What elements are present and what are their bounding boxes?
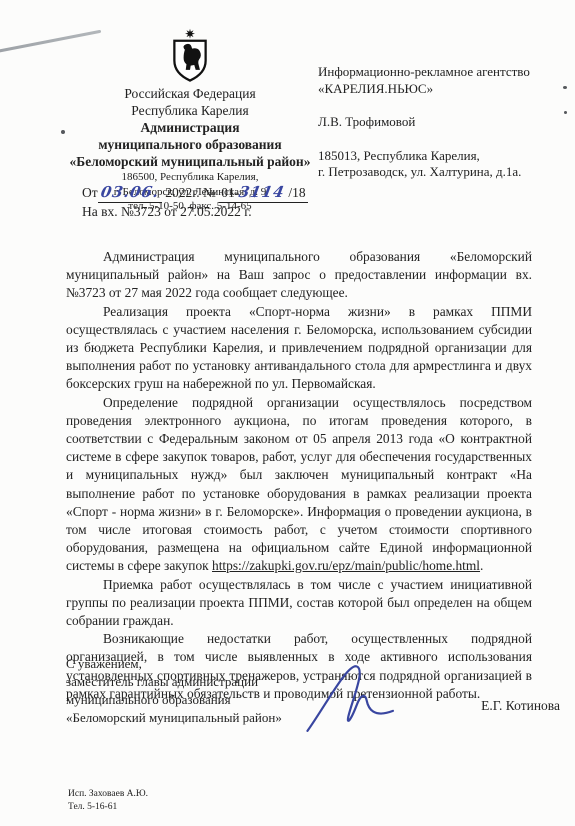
handwritten-date-field: 03.06. [98, 183, 162, 203]
letterhead-region: Республика Карелия [48, 102, 332, 119]
scan-speck [563, 86, 567, 89]
body-paragraph-4: Приемка работ осуществлялась в том числе… [66, 576, 532, 631]
spacer [318, 131, 558, 148]
outgoing-number-field: 01-3114 /18 [219, 183, 307, 203]
letter-body: Администрация муниципального образования… [66, 248, 532, 703]
letterhead-country: Российская Федерация [48, 85, 332, 102]
handwritten-signature-icon [302, 658, 402, 742]
recipient-agency-2: «КАРЕЛИЯ.НЬЮС» [318, 81, 558, 98]
spacer [318, 97, 558, 114]
footer-block: Исп. Заховаев А.Ю. Тел. 5-16-61 [68, 788, 148, 814]
from-label: От [82, 185, 98, 200]
closing-line-2: заместитель главы администрации [66, 673, 326, 691]
body-paragraph-2: Реализация проекта «Спорт-норма жизни» в… [66, 303, 532, 394]
recipient-address-1: 185013, Республика Карелия, [318, 148, 558, 165]
closing-line-4: «Беломорский муниципальный район» [66, 709, 326, 727]
recipient-address-2: г. Петрозаводск, ул. Халтурина, д.1а. [318, 164, 558, 181]
body-paragraph-1: Администрация муниципального образования… [66, 248, 532, 303]
letterhead-org-3: «Беломорский муниципальный район» [48, 153, 332, 170]
closing-block: С уважением, заместитель главы администр… [66, 655, 326, 727]
body-paragraph-3-text: Определение подрядной организации осущес… [66, 395, 532, 574]
recipient-agency-1: Информационно-рекламное агентство [318, 64, 558, 81]
number-suffix: /18 [288, 185, 305, 200]
zakupki-link[interactable]: https://zakupki.gov.ru/epz/main/public/h… [212, 558, 480, 573]
recipient-person: Л.В. Трофимовой [318, 114, 558, 131]
executor-phone: Тел. 5-16-61 [68, 801, 148, 814]
handwritten-number: 3114 [238, 183, 287, 201]
letterhead-org-2: муниципального образования [48, 136, 332, 153]
handwritten-date: 03.06. [99, 183, 160, 201]
closing-line-3: муниципального образования [66, 691, 326, 709]
outgoing-reference-line: От03.06. 2022г. № 01-3114 /18 [82, 183, 308, 203]
karelia-coat-of-arms-icon [168, 28, 212, 82]
number-prefix: 01- [221, 185, 239, 200]
signer-name: Е.Г. Котинова [430, 698, 560, 714]
letterhead-org-1: Администрация [48, 119, 332, 136]
scanned-letter-page: Российская Федерация Республика Карелия … [0, 0, 575, 826]
number-sign: № [203, 185, 216, 200]
closing-line-1: С уважением, [66, 655, 326, 673]
body-paragraph-3: Определение подрядной организации осущес… [66, 394, 532, 576]
recipient-block: Информационно-рекламное агентство «КАРЕЛ… [318, 64, 558, 181]
scan-speck [564, 111, 567, 114]
body-paragraph-3-period: . [480, 558, 483, 573]
incoming-reference-line: На вх. №3723 от 27.05.2022 г. [82, 203, 308, 221]
typed-year: 2022г. [165, 185, 199, 200]
reference-block: От03.06. 2022г. № 01-3114 /18 На вх. №37… [82, 183, 308, 221]
executor-line: Исп. Заховаев А.Ю. [68, 788, 148, 801]
